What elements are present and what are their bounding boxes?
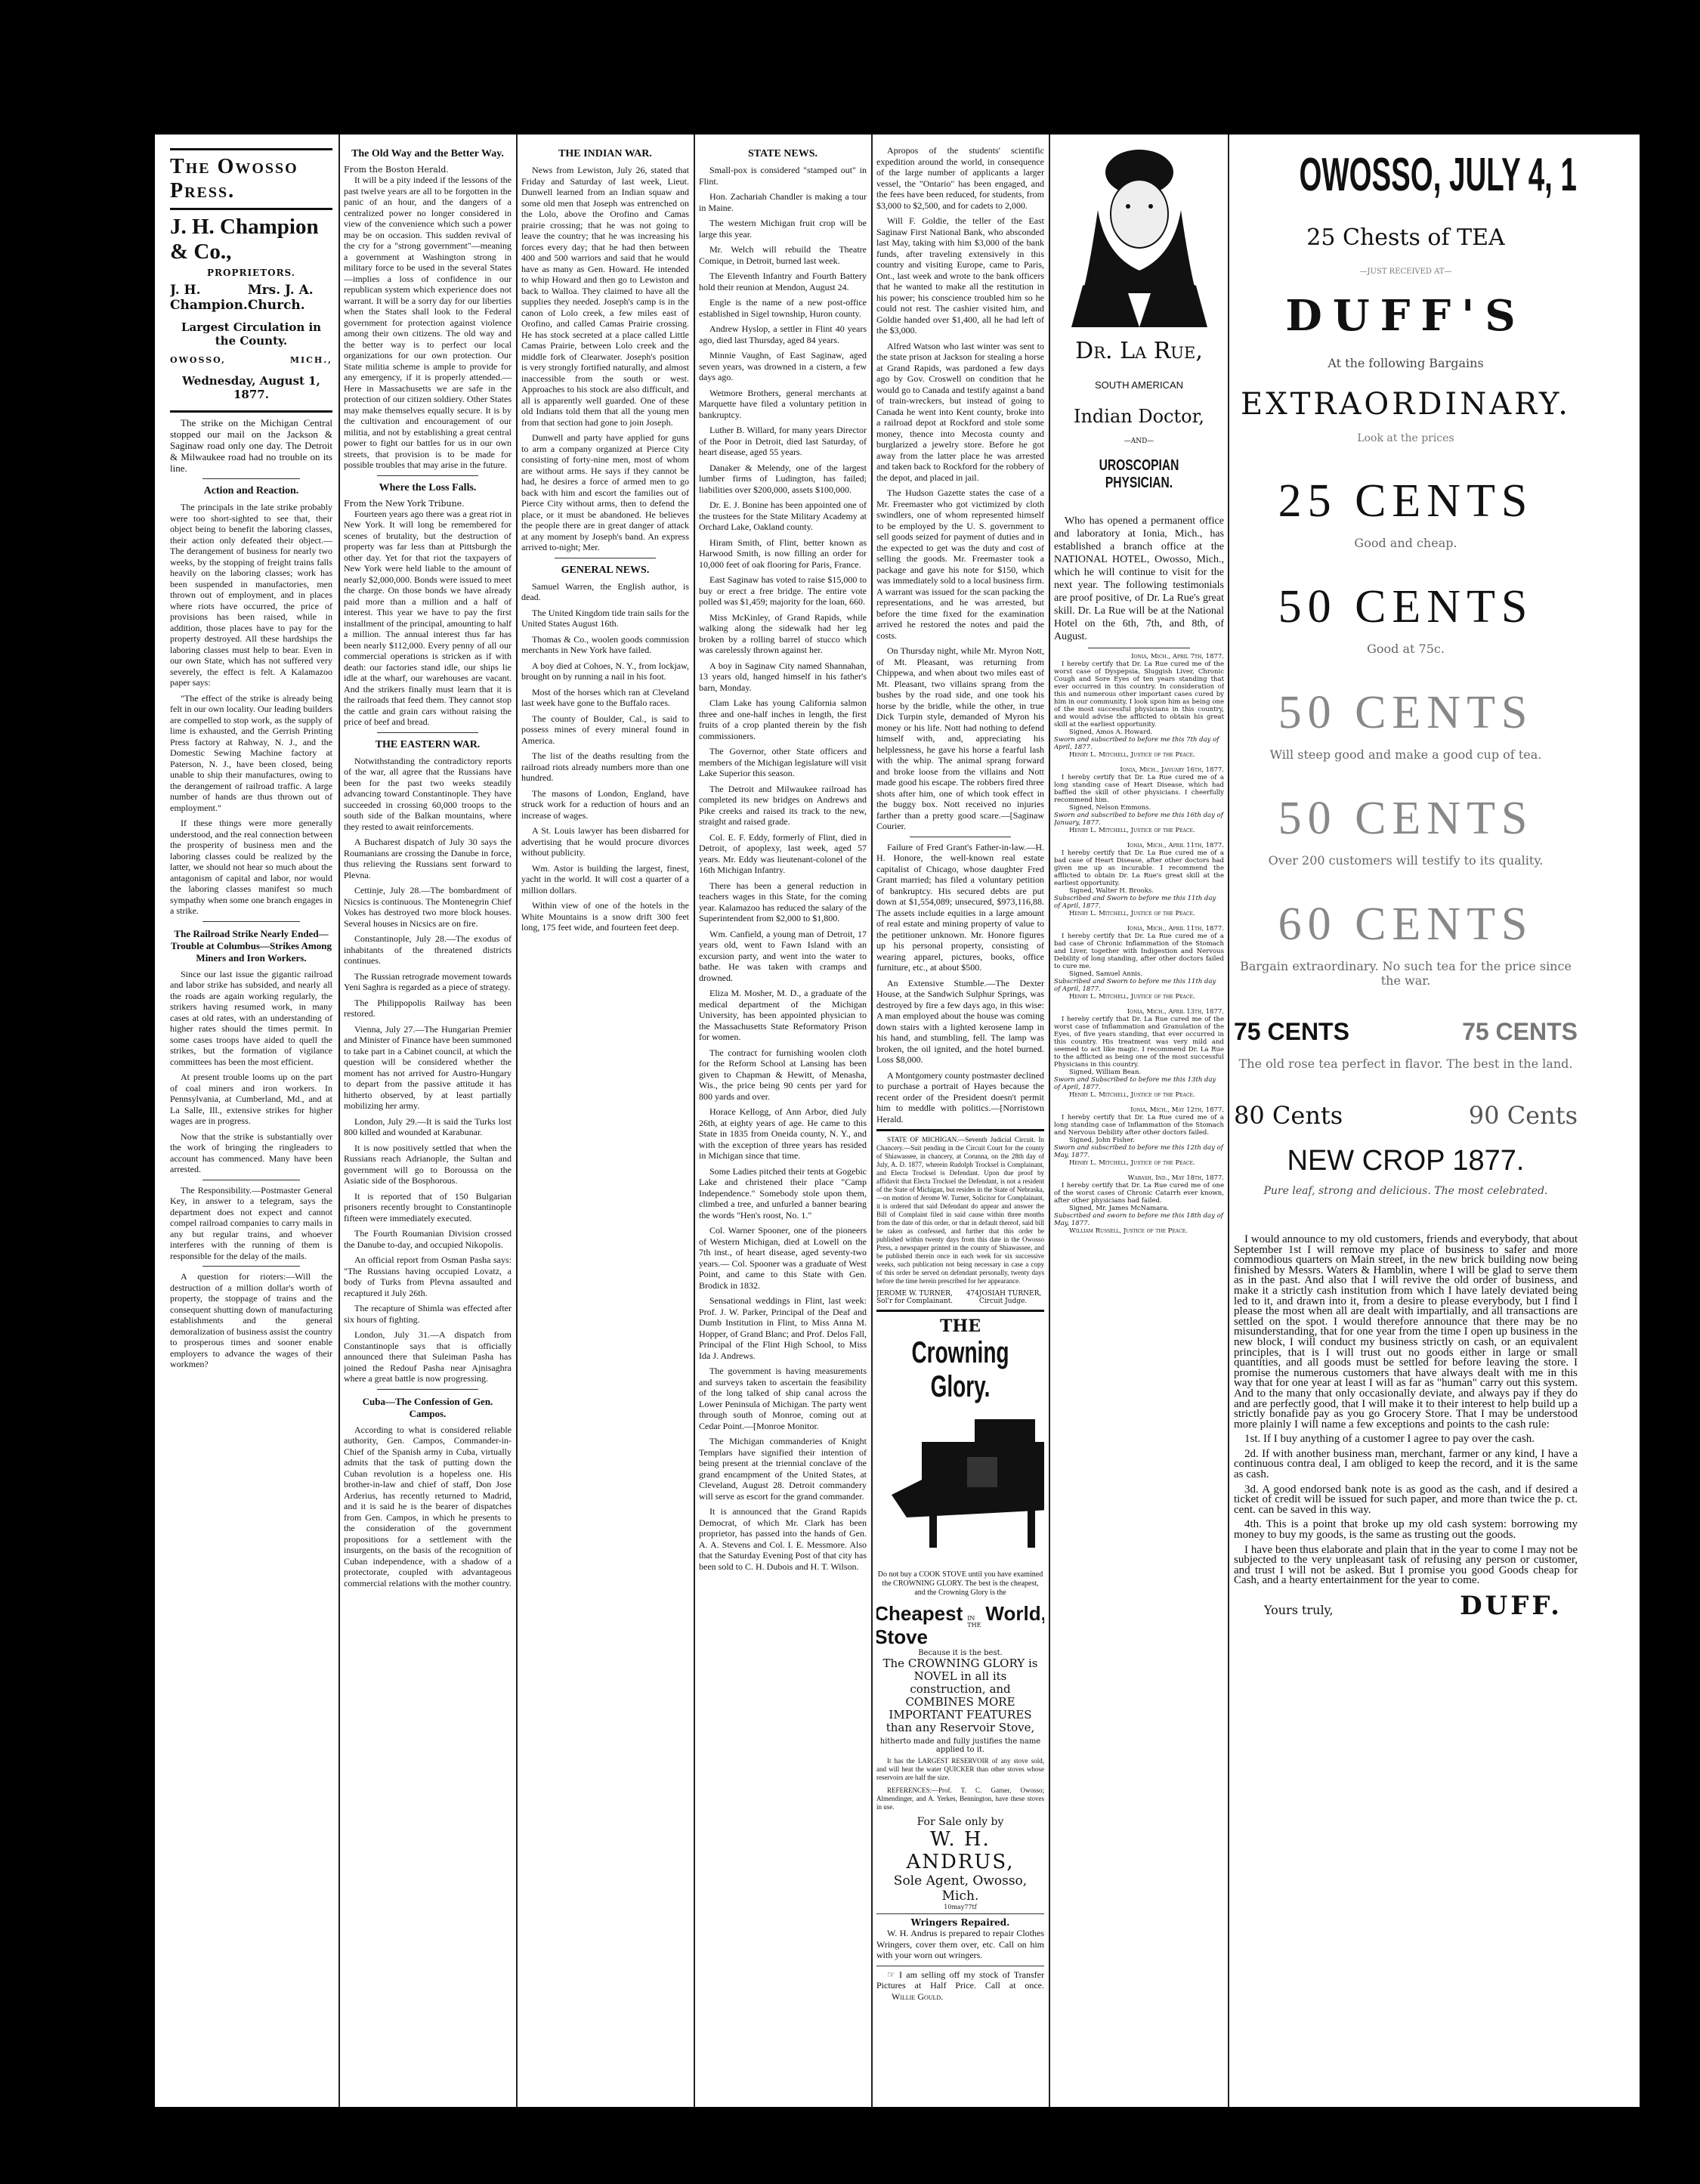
column-rule xyxy=(1228,135,1229,2107)
tea-price-note: Will steep good and make a good cup of t… xyxy=(1234,747,1578,762)
column-4: STATE NEWS. Small-pox is considered "sta… xyxy=(699,135,867,2107)
testimonial-justice: Henry L. Mitchell, Justice of the Peace. xyxy=(1054,1159,1224,1167)
article-paragraph: The Fourth Roumanian Division crossed th… xyxy=(344,1228,512,1250)
article-paragraph: Cettinje, July 28.—The bombardment of Ni… xyxy=(344,885,512,929)
news-item: Most of the horses which ran at Clevelan… xyxy=(521,687,689,709)
news-item: Wetmore Brothers, general merchants at M… xyxy=(699,388,867,421)
tea-price-note: Bargain extraordinary. No such tea for t… xyxy=(1234,959,1578,988)
divider xyxy=(377,475,478,476)
pointing-hand-icon: ☞ xyxy=(887,1969,899,1980)
article-paragraph: An Extensive Stumble.—The Dexter House, … xyxy=(876,978,1044,1066)
news-item: Col. Warner Spooner, one of the pioneers… xyxy=(699,1225,867,1291)
stove-illustration-icon xyxy=(876,1412,1044,1563)
news-item: Hon. Zachariah Chandler is making a tour… xyxy=(699,191,867,213)
news-item: A boy died at Cohoes, N. Y., from lockja… xyxy=(521,660,689,682)
doctor-title: Indian Doctor, xyxy=(1054,406,1224,427)
news-item: Mr. Welch will rebuild the Theatre Comiq… xyxy=(699,244,867,266)
testimonial-body: I hereby certify that Dr. La Rue cured m… xyxy=(1054,1114,1224,1137)
stove-ad-dealer: W. H. ANDRUS, xyxy=(876,1828,1044,1873)
testimonial-place: Ionia, Mich., May 12th, 1877. xyxy=(1054,1106,1224,1114)
publisher-name: J. H. Champion & Co., xyxy=(170,215,332,264)
article-paragraph: An official report from Osman Pasha says… xyxy=(344,1254,512,1298)
news-item: The Michigan commanderies of Knight Temp… xyxy=(699,1436,867,1502)
cash-rule: 4th. This is a point that broke up my ol… xyxy=(1234,1520,1578,1540)
article-paragraph: Since our last issue the gigantic railro… xyxy=(170,969,332,1068)
doctor-portrait-icon xyxy=(1068,142,1211,327)
news-item: It is announced that the Grand Rapids De… xyxy=(699,1506,867,1572)
article-paragraph: London, July 31.—A dispatch from Constan… xyxy=(344,1329,512,1384)
tea-price: 25 CENTS xyxy=(1234,475,1578,528)
testimonial-justice: William Russell, Justice of the Peace. xyxy=(1054,1227,1224,1235)
extraordinary: EXTRAORDINARY. xyxy=(1234,387,1578,422)
news-item: The contract for furnishing woolen cloth… xyxy=(699,1047,867,1103)
tea-price: 50 CENTS xyxy=(1234,792,1578,846)
doctor-intro: Who has opened a permanent office and la… xyxy=(1054,515,1224,643)
news-item: Sensational weddings in Flint, last week… xyxy=(699,1295,867,1361)
testimonial-sworn: Sworn and subscribed to before me this 1… xyxy=(1054,812,1224,827)
article-heading: Cuba—The Confession of Gen. Campos. xyxy=(344,1396,512,1420)
testimonial-place: Ionia, Mich., January 16th, 1877. xyxy=(1054,766,1224,774)
tea-price-note: Good at 75c. xyxy=(1234,642,1578,656)
news-item: The Governor, other State officers and m… xyxy=(699,746,867,779)
testimonial: Ionia, Mich., May 12th, 1877.I hereby ce… xyxy=(1054,1106,1224,1167)
article-paragraph: London, July 29.—It is said the Turks lo… xyxy=(344,1116,512,1138)
testimonial-body: I hereby certify that Dr. La Rue cured m… xyxy=(1054,1016,1224,1069)
transfer-signature: Willie Gould. xyxy=(892,1991,943,2002)
testimonial-body: I hereby certify that Dr. La Rue cured m… xyxy=(1054,1182,1224,1205)
divider xyxy=(910,837,1010,837)
testimonial: Ionia, Mich., April 7th, 1877.I hereby c… xyxy=(1054,653,1224,759)
tea-price: 50 CENTS xyxy=(1234,686,1578,740)
ad-headline: OWOSSO, JULY 4, 1877. xyxy=(1299,148,1512,202)
column-7: OWOSSO, JULY 4, 1877. 25 Chests of TEA —… xyxy=(1234,135,1578,2107)
testimonial-place: Ionia, Mich., April 13th, 1877. xyxy=(1054,1008,1224,1016)
news-item: Luther B. Willard, for many years Direct… xyxy=(699,425,867,458)
news-item: Wm. Astor is building the largest, fines… xyxy=(521,863,689,896)
stove-ad-reservoir: It has the LARGEST RESERVOIR of any stov… xyxy=(876,1757,1044,1782)
tea-price: 60 CENTS xyxy=(1234,898,1578,951)
article-paragraph: A Bucharest dispatch of July 30 says the… xyxy=(344,837,512,880)
newspaper-page: The Owosso Press. J. H. Champion & Co., … xyxy=(155,135,1640,2107)
legal-signature-right: JOSIAH TURNER, Circuit Judge. xyxy=(979,1290,1044,1305)
article-paragraph: The recapture of Shimla was effected aft… xyxy=(344,1303,512,1325)
cash-rule: 3d. A good endorsed bank note is as good… xyxy=(1234,1485,1578,1516)
testimonial-sworn: Sworn and subscribed to before me this 7… xyxy=(1054,736,1224,751)
price-list: 25 CENTSGood and cheap.50 CENTSGood at 7… xyxy=(1234,475,1578,988)
divider xyxy=(202,1266,300,1267)
testimonial-body: I hereby certify that Dr. La Rue cured m… xyxy=(1054,849,1224,887)
article-paragraph: At present trouble looms up on the part … xyxy=(170,1072,332,1127)
news-item: Col. E. F. Eddy, formerly of Flint, died… xyxy=(699,832,867,876)
article-paragraph: The Responsibility.—Postmaster General K… xyxy=(170,1185,332,1262)
divider xyxy=(377,1389,478,1390)
article-paragraph: The Hudson Gazette states the case of a … xyxy=(876,487,1044,641)
divider xyxy=(876,1913,1044,1914)
closing-paragraph: I have been thus elaborate and plain tha… xyxy=(1234,1545,1578,1586)
news-item: The Detroit and Milwaukee railroad has c… xyxy=(699,784,867,828)
testimonial-signature: Signed, William Bean. xyxy=(1054,1069,1224,1076)
masthead-bottom-rule xyxy=(170,410,332,413)
tea-price: 50 CENTS xyxy=(1234,580,1578,634)
signature-duff: DUFF. xyxy=(1460,1591,1562,1621)
newspaper-title: The Owosso Press. xyxy=(170,155,332,203)
news-item: Small-pox is considered "stamped out" in… xyxy=(699,165,867,187)
column-3: THE INDIAN WAR. News from Lewiston, July… xyxy=(521,135,689,2107)
news-item: Some Ladies pitched their tents at Gogeb… xyxy=(699,1166,867,1221)
news-item: The masons of London, England, have stru… xyxy=(521,788,689,821)
news-item: A St. Louis lawyer has been disbarred fo… xyxy=(521,825,689,858)
article-paragraph: It is reported that of 150 Bulgarian pri… xyxy=(344,1191,512,1224)
article-heading: THE INDIAN WAR. xyxy=(521,148,689,160)
testimonial-signature: Signed, Mr. James McNamara. xyxy=(1054,1205,1224,1212)
news-item: Danaker & Melendy, one of the largest lu… xyxy=(699,462,867,496)
wringers-notice: W. H. Andrus is prepared to repair Cloth… xyxy=(876,1928,1044,1961)
doctor-name: Dr. La Rue, xyxy=(1054,338,1224,364)
news-item: Horace Kellogg, of Ann Arbor, died July … xyxy=(699,1106,867,1162)
divider xyxy=(876,1966,1044,1966)
testimonial-sworn: Sworn and subscribed to before me this 1… xyxy=(1054,1144,1224,1159)
proprietors-label: PROPRIETORS. xyxy=(170,268,332,278)
divider xyxy=(202,1180,300,1180)
stove-ad-agent: Sole Agent, Owosso, Mich. xyxy=(876,1873,1044,1904)
news-item: East Saginaw has voted to raise $15,000 … xyxy=(699,574,867,608)
article-paragraph: Fourteen years ago there was a great rio… xyxy=(344,509,512,728)
following-bargains: At the following Bargains xyxy=(1234,356,1578,370)
article-source: From the New York Tribune. xyxy=(344,499,512,509)
stove-ad-in-the: IN THE xyxy=(967,1615,981,1629)
stove-ad-the: THE xyxy=(876,1316,1044,1336)
column-rule xyxy=(871,135,873,2107)
divider xyxy=(202,478,300,479)
news-item: Thomas & Co., woolen goods commission me… xyxy=(521,634,689,656)
column-5: Apropos of the students' scientific expe… xyxy=(876,135,1044,2107)
tea-chests: 25 Chests of TEA xyxy=(1234,224,1578,251)
testimonial-sworn: Subscribed and Sworn to before me this 1… xyxy=(1054,978,1224,993)
stove-ad-references: REFERENCES:—Prof. T. C. Garner, Owosso; … xyxy=(876,1786,1044,1811)
article-paragraph: Constantinople, July 28.—The exodus of i… xyxy=(344,933,512,967)
article-paragraph: If these things were more generally unde… xyxy=(170,818,332,917)
doctor-and: —AND— xyxy=(1054,438,1224,445)
testimonial-place: Ionia, Mich., April 7th, 1877. xyxy=(1054,653,1224,660)
testimonial-justice: Henry L. Mitchell, Justice of the Peace. xyxy=(1054,910,1224,917)
column-rule xyxy=(516,135,518,2107)
testimonial: Ionia, Mich., January 16th, 1877.I hereb… xyxy=(1054,766,1224,834)
article-paragraph: Will F. Goldie, the teller of the East S… xyxy=(876,215,1044,336)
article-paragraph: A Montgomery county postmaster declined … xyxy=(876,1070,1044,1125)
news-item: The county of Boulder, Cal., is said to … xyxy=(521,713,689,747)
stove-ad-title: Crowning Glory. xyxy=(901,1336,1018,1404)
testimonial-signature: Signed, Amos A. Howard. xyxy=(1054,729,1224,736)
doctor-origin: SOUTH AMERICAN xyxy=(1054,379,1224,391)
stove-ad-body: The CROWNING GLORY is NOVEL in all its c… xyxy=(876,1657,1044,1734)
article-heading: The Old Way and the Better Way. xyxy=(344,148,512,160)
stove-ad-cheapest: Cheapest Stove xyxy=(876,1602,963,1649)
article-paragraph: The principals in the late strike probab… xyxy=(170,502,332,688)
testimonial-place: Ionia, Mich., April 11th, 1877. xyxy=(1054,842,1224,849)
legal-notice: STATE OF MICHIGAN.—Seventh Judicial Circ… xyxy=(876,1136,1044,1285)
testimonials-list: Ionia, Mich., April 7th, 1877.I hereby c… xyxy=(1054,653,1224,1235)
cash-rule: 1st. If I buy anything of a customer I a… xyxy=(1234,1434,1578,1445)
masthead-top-rule xyxy=(170,148,332,150)
legal-signature-left: JEROME W. TURNER, Sol'r for Complainant. xyxy=(876,1290,966,1305)
yours-truly: Yours truly, xyxy=(1264,1603,1334,1617)
news-item: Dr. E. J. Bonine has been appointed one … xyxy=(699,500,867,533)
testimonial-justice: Henry L. Mitchell, Justice of the Peace. xyxy=(1054,827,1224,834)
divider xyxy=(555,558,655,558)
owner-left: J. H. Champion. xyxy=(170,283,248,313)
state-news-list: Small-pox is considered "stamped out" in… xyxy=(699,165,867,1572)
testimonial-signature: Signed, John Fisher. xyxy=(1054,1137,1224,1144)
article-paragraph: "The effect of the strike is already bei… xyxy=(170,693,332,814)
circulation-line: Largest Circulation in the County. xyxy=(170,320,332,348)
cash-rule: 2d. If with another business man, mercha… xyxy=(1234,1449,1578,1480)
testimonial-sworn: Subscribed and sworn to before me this 1… xyxy=(1054,1212,1224,1227)
column-2: The Old Way and the Better Way. From the… xyxy=(344,135,512,2107)
testimonial-body: I hereby certify that Dr. La Rue cured m… xyxy=(1054,933,1224,970)
article-paragraph: Apropos of the students' scientific expe… xyxy=(876,145,1044,211)
news-item: Hiram Smith, of Flint, better known as H… xyxy=(699,537,867,571)
article-heading: GENERAL NEWS. xyxy=(521,565,689,577)
stove-ad-hitherto: hitherto made and fully justifies the na… xyxy=(876,1737,1044,1754)
testimonial: Ionia, Mich., April 11th, 1877.I hereby … xyxy=(1054,925,1224,1001)
testimonial-signature: Signed, Nelson Emmons. xyxy=(1054,804,1224,812)
column-rule xyxy=(694,135,695,2107)
news-item: A boy in Saginaw City named Shannahan, 1… xyxy=(699,660,867,694)
article-source: From the Boston Herald. xyxy=(344,165,512,175)
news-item: Eliza M. Mosher, M. D., a graduate of th… xyxy=(699,988,867,1043)
masthead-rule xyxy=(170,208,332,210)
news-item: There has been a general reduction in te… xyxy=(699,880,867,924)
dateline-place: OWOSSO, MICH., xyxy=(170,355,332,365)
article-paragraph: Vienna, July 27.—The Hungarian Premier a… xyxy=(344,1024,512,1112)
testimonial-sworn: Sworn and Subscribed to before me this 1… xyxy=(1054,1076,1224,1091)
article-heading: STATE NEWS. xyxy=(699,148,867,160)
article-paragraph: Failure of Fred Grant's Father-in-law.—H… xyxy=(876,842,1044,973)
news-item: The government is having measurements an… xyxy=(699,1366,867,1431)
news-item: Samuel Warren, the English author, is de… xyxy=(521,581,689,603)
testimonial-place: Wabash, Ind., May 18th, 1877. xyxy=(1054,1174,1224,1182)
doctor-specialty: UROSCOPIAN PHYSICIAN. xyxy=(1073,457,1206,492)
announcement: I would announce to my old customers, fr… xyxy=(1234,1235,1578,1430)
column-1: The Owosso Press. J. H. Champion & Co., … xyxy=(170,135,332,2107)
column-rule xyxy=(1049,135,1050,2107)
stove-ad-intro: Do not buy a COOK STOVE until you have e… xyxy=(876,1570,1044,1598)
news-item: Wm. Canfield, a young man of Detroit, 17… xyxy=(699,929,867,984)
column-6: Dr. La Rue, SOUTH AMERICAN Indian Doctor… xyxy=(1054,135,1224,2107)
new-crop: NEW CROP 1877. xyxy=(1234,1145,1578,1177)
article-paragraph: The Russian retrograde movement towards … xyxy=(344,971,512,993)
general-news-list: Samuel Warren, the English author, is de… xyxy=(521,581,689,933)
price-75-right: 75 CENTS xyxy=(1462,1018,1578,1046)
price-75-left: 75 CENTS xyxy=(1234,1018,1349,1046)
news-item: Clam Lake has young California salmon th… xyxy=(699,698,867,741)
column-rule xyxy=(338,135,340,2107)
price-75-note: The old rose tea perfect in flavor. The … xyxy=(1234,1056,1578,1071)
transfer-pictures-notice: ☞ I am selling off my stock of Transfer … xyxy=(876,1969,1044,2003)
article-heading: Where the Loss Falls. xyxy=(344,482,512,494)
article-paragraph: According to what is considered reliable… xyxy=(344,1425,512,1589)
pure-leaf: Pure leaf, strong and delicious. The mos… xyxy=(1234,1185,1578,1197)
wringers-heading: Wringers Repaired. xyxy=(876,1917,1044,1928)
owner-right: Mrs. J. A. Church. xyxy=(248,283,332,313)
just-received: —JUST RECEIVED AT— xyxy=(1234,268,1578,276)
testimonial-signature: Signed, Samuel Annis. xyxy=(1054,970,1224,978)
news-item: Miss McKinley, of Grand Rapids, while wa… xyxy=(699,612,867,656)
look-at-prices: Look at the prices xyxy=(1234,432,1578,444)
price-80-left: 80 Cents xyxy=(1234,1101,1343,1130)
testimonial-sworn: Subscribed and Sworn to before me this 1… xyxy=(1054,895,1224,910)
testimonial-justice: Henry L. Mitchell, Justice of the Peace. xyxy=(1054,751,1224,759)
article-paragraph: Alfred Watson who last winter was sent t… xyxy=(876,341,1044,484)
divider xyxy=(202,921,300,922)
stove-ad-code: 10may77tf xyxy=(876,1904,1044,1910)
testimonial-justice: Henry L. Mitchell, Justice of the Peace. xyxy=(1054,993,1224,1001)
article-paragraph: It is now positively settled that when t… xyxy=(344,1143,512,1186)
tea-price-note: Good and cheap. xyxy=(1234,536,1578,550)
legal-number: 474 xyxy=(966,1290,979,1305)
news-item: The list of the deaths resulting from th… xyxy=(521,750,689,784)
place-right: MICH., xyxy=(290,355,332,365)
testimonial-body: I hereby certify that Dr. La Rue cured m… xyxy=(1054,774,1224,804)
testimonial: Ionia, Mich., April 13th, 1877.I hereby … xyxy=(1054,1008,1224,1099)
news-item: Within view of one of the hotels in the … xyxy=(521,900,689,933)
transfer-text: I am selling off my stock of Transfer Pi… xyxy=(876,1969,1044,1991)
testimonial-body: I hereby certify that Dr. La Rue cured m… xyxy=(1054,660,1224,729)
lead-item: The strike on the Michigan Central stopp… xyxy=(170,417,332,474)
news-item: Minnie Vaughn, of East Saginaw, aged sev… xyxy=(699,350,867,383)
cash-rules-list: 1st. If I buy anything of a customer I a… xyxy=(1234,1434,1578,1540)
duffs-name: DUFF'S xyxy=(1234,291,1578,341)
price-90-right: 90 Cents xyxy=(1469,1101,1578,1130)
stove-ad-for-sale: For Sale only by xyxy=(876,1816,1044,1828)
issue-date: Wednesday, August 1, 1877. xyxy=(170,374,332,401)
news-item: The United Kingdom tide train sails for … xyxy=(521,608,689,630)
divider xyxy=(876,1310,1044,1312)
article-paragraph: Now that the strike is substantially ove… xyxy=(170,1131,332,1175)
news-item: The western Michigan fruit crop will be … xyxy=(699,218,867,240)
divider xyxy=(1088,648,1190,648)
testimonial: Wabash, Ind., May 18th, 1877.I hereby ce… xyxy=(1054,1174,1224,1235)
article-paragraph: News from Lewiston, July 26, stated that… xyxy=(521,165,689,428)
news-item: The Eleventh Infantry and Fourth Battery… xyxy=(699,271,867,292)
article-paragraph: The Philippopolis Railway has been resto… xyxy=(344,998,512,1019)
news-item: Andrew Hyslop, a settler in Flint 40 yea… xyxy=(699,323,867,345)
stove-ad-world: World, xyxy=(985,1602,1044,1626)
news-item: Engle is the name of a new post-office e… xyxy=(699,297,867,319)
article-paragraph: It will be a pity indeed if the lessons … xyxy=(344,175,512,471)
testimonial-signature: Signed, Walter H. Brooks. xyxy=(1054,887,1224,895)
testimonial-justice: Henry L. Mitchell, Justice of the Peace. xyxy=(1054,1091,1224,1099)
tea-price-note: Over 200 customers will testify to its q… xyxy=(1234,853,1578,868)
testimonial-place: Ionia, Mich., April 11th, 1877. xyxy=(1054,925,1224,933)
article-heading: THE EASTERN WAR. xyxy=(344,739,512,751)
article-paragraph: A question for rioters:—Will the destruc… xyxy=(170,1271,332,1370)
article-paragraph: On Thursday night, while Mr. Myron Nott,… xyxy=(876,645,1044,832)
divider xyxy=(377,732,478,733)
article-paragraph: Notwithstanding the contradictory report… xyxy=(344,756,512,833)
divider xyxy=(876,1129,1044,1131)
article-paragraph: Dunwell and party have applied for guns … xyxy=(521,432,689,553)
article-heading: Action and Reaction. xyxy=(170,485,332,497)
article-heading: The Railroad Strike Nearly Ended—Trouble… xyxy=(170,928,332,964)
testimonial: Ionia, Mich., April 11th, 1877.I hereby … xyxy=(1054,842,1224,917)
place-left: OWOSSO, xyxy=(170,355,226,365)
